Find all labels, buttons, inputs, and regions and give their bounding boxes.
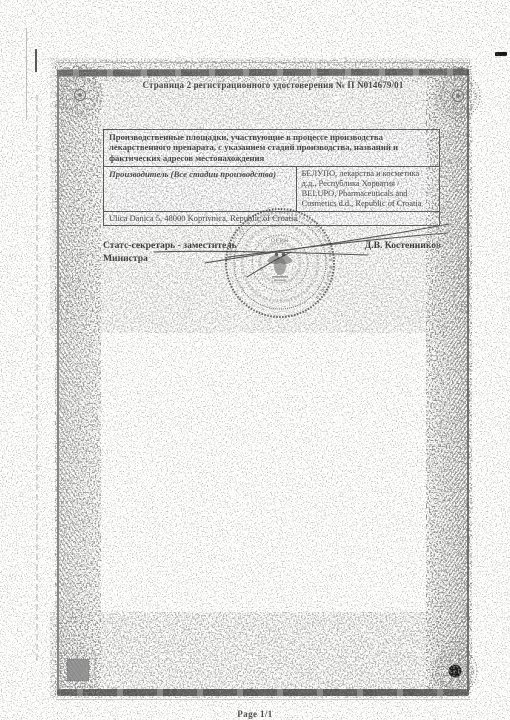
border-bottom-band: [57, 689, 469, 696]
signatory-title-line1: Статс-секретарь - заместитель: [103, 240, 237, 251]
border-bottom-line: [56, 699, 470, 700]
page-header-text: Страница 2 регистрационного удостоверени…: [103, 80, 443, 91]
crop-mark: [495, 52, 507, 56]
scanned-certificate-page: { "page": { "header_line": "Страница 2 р…: [0, 0, 510, 720]
signatory-name: Д.В. Костенников: [335, 240, 441, 251]
registration-tick-mark: [35, 49, 37, 72]
ministry-seal-stamp: Министерство здравоохранения Российской …: [218, 201, 342, 325]
border-right-line: [467, 70, 469, 692]
seal-inner-text: ОГРН: [271, 238, 289, 244]
eagle-emblem-icon: [267, 253, 293, 281]
border-top-band: [57, 68, 469, 76]
punch-hole-dot: [449, 665, 462, 678]
corner-rosette-top-left-ornament: [50, 65, 110, 125]
page-number-footer: Page 1/1: [0, 709, 510, 719]
table-header-cell: Производственные площадки, участвующие в…: [104, 130, 439, 167]
corner-rosette-top-right-ornament: [428, 66, 488, 126]
paper-fold-line: [26, 28, 27, 120]
signatory-title-line2: Министра: [103, 253, 148, 264]
corner-square-bottom-left-ornament: [48, 640, 108, 700]
border-top-line: [56, 62, 470, 63]
left-margin-perforation: [36, 95, 38, 660]
corner-rosette-bottom-right-ornament: [425, 641, 485, 701]
border-left-guilloche: [59, 76, 97, 688]
